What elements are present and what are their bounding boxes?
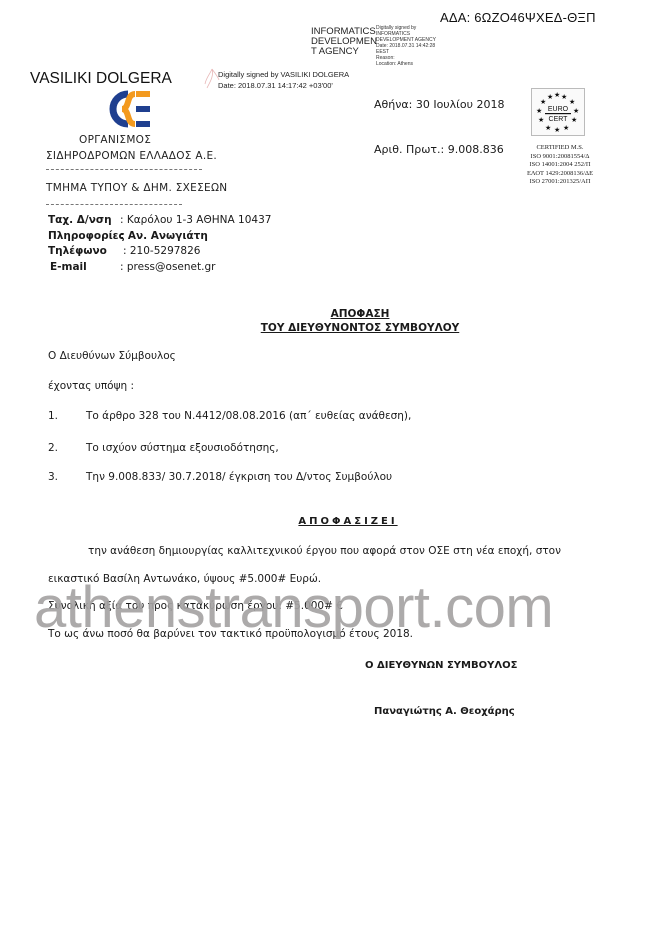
contact-value: : Καρόλου 1-3 ΑΘΗΝΑ 10437 (120, 213, 271, 229)
contact-label: E-mail (48, 260, 120, 276)
svg-text:CERT: CERT (549, 116, 569, 123)
divider (46, 169, 202, 170)
dolgera-signature-details: Digitally signed by VASILIKI DOLGERA Dat… (218, 69, 349, 91)
decides-heading: ΑΠΟΦΑΣΙΖΕΙ (0, 516, 662, 527)
contact-row-phone: Τηλέφωνο : 210-5297826 (48, 244, 271, 260)
contact-label: Τηλέφωνο (48, 244, 120, 260)
informatics-signature-details: Digitally signed by INFORMATICS DEVELOPM… (376, 25, 466, 67)
certification: CERTIFIED M.S. (512, 144, 608, 153)
ose-logo-icon (108, 90, 154, 128)
svg-text:★: ★ (545, 124, 551, 132)
org-name-line2: ΣΙΔΗΡΟΔΡΟΜΩΝ ΕΛΛΑΔΟΣ Α.Ε. (46, 150, 217, 162)
consideration-item: 1. Το άρθρο 328 του Ν.4412/08.08.2016 (α… (48, 410, 411, 422)
title-line: ΤΟΥ ΔΙΕΥΘΥΝΟΝΤΟΣ ΣΥΜΒΟΥΛΟΥ (261, 322, 460, 334)
sig-line: Date: 2018.07.31 14:17:42 +03'00' (218, 80, 349, 91)
certification: ISO 9001:20081554/Δ (512, 153, 608, 162)
having-considered: έχοντας υπόψη : (48, 380, 134, 392)
department-name: ΤΜΗΜΑ ΤΥΠΟΥ & ΔΗΜ. ΣΧΕΣΕΩΝ (46, 182, 227, 194)
watermark: athenstransport.com (34, 578, 553, 638)
eurocert-logo-icon: ★★★ ★★ ★★ ★★ ★★★ EURO CERT (531, 88, 585, 136)
informatics-signer-name: INFORMATICS DEVELOPMEN T AGENCY (311, 27, 373, 57)
certification: ISO 14001:2004 252/Π (512, 161, 608, 170)
divider (46, 204, 182, 205)
contact-row-email: E-mail : press@osenet.gr (48, 260, 271, 276)
contact-row-info: Πληροφορίες : Αν. Ανωγιάτη (48, 229, 271, 245)
certifications-list: CERTIFIED M.S. ISO 9001:20081554/Δ ISO 1… (512, 144, 608, 187)
svg-text:★: ★ (561, 93, 567, 101)
contact-label: Ταχ. Δ/νση (48, 213, 120, 229)
decision-subtitle: ΤΟΥ ΔΙΕΥΘΥΝΟΝΤΟΣ ΣΥΜΒΟΥΛΟΥ (0, 322, 662, 334)
item-number: 1. (48, 410, 86, 422)
consideration-item: 2. Το ισχύον σύστημα εξουσιοδότησης, (48, 442, 279, 454)
svg-text:EURO: EURO (548, 106, 569, 113)
protocol-number: Αριθ. Πρωτ.: 9.008.836 (374, 143, 504, 156)
contact-row-address: Ταχ. Δ/νση : Καρόλου 1-3 ΑΘΗΝΑ 10437 (48, 213, 271, 229)
ada-code: ΑΔΑ: 6ΩΖΟ46ΨΧΕΔ-ΘΞΠ (440, 10, 596, 25)
item-number: 3. (48, 471, 86, 483)
contact-value: : 210-5297826 (123, 244, 200, 260)
svg-text:★: ★ (554, 126, 560, 134)
svg-text:★: ★ (563, 124, 569, 132)
ceo-intro: Ο Διευθύνων Σύμβουλος (48, 350, 176, 362)
document-date: Αθήνα: 30 Ιουλίου 2018 (374, 98, 504, 111)
item-text: Το άρθρο 328 του Ν.4412/08.08.2016 (απ΄ … (86, 410, 411, 422)
consideration-item: 3. Την 9.008.833/ 30.7.2018/ έγκριση του… (48, 471, 392, 483)
item-number: 2. (48, 442, 86, 454)
svg-text:★: ★ (554, 91, 560, 99)
decides-text: ΑΠΟΦΑΣΙΖΕΙ (298, 516, 397, 527)
svg-text:★: ★ (540, 98, 546, 106)
certification: ΕΛΟΤ 1429:2008136/ΔΕ (512, 170, 608, 179)
signatory-name: Παναγιώτης Α. Θεοχάρης (374, 706, 515, 717)
svg-text:★: ★ (571, 116, 577, 124)
contact-block: Ταχ. Δ/νση : Καρόλου 1-3 ΑΘΗΝΑ 10437 Πλη… (48, 213, 271, 275)
certification: ISO 27001:201325/ΑΠ (512, 178, 608, 187)
sig-line: Location: Athens (376, 61, 466, 67)
svg-text:★: ★ (569, 98, 575, 106)
contact-label: Πληροφορίες (48, 229, 120, 245)
signatory-title: Ο ΔΙΕΥΘΥΝΩΝ ΣΥΜΒΟΥΛΟΣ (365, 660, 517, 671)
contact-value: : Αν. Ανωγιάτη (120, 229, 208, 245)
title-line: ΑΠΟΦΑΣΗ (331, 308, 390, 320)
decision-title: ΑΠΟΦΑΣΗ (0, 308, 662, 320)
decision-text-line1: την ανάθεση δημιουργίας καλλιτεχνικού έρ… (88, 545, 561, 557)
svg-text:★: ★ (536, 107, 542, 115)
svg-text:★: ★ (538, 116, 544, 124)
svg-text:★: ★ (547, 93, 553, 101)
item-text: Το ισχύον σύστημα εξουσιοδότησης, (86, 442, 279, 454)
contact-value[interactable]: : press@osenet.gr (120, 260, 215, 276)
item-text: Την 9.008.833/ 30.7.2018/ έγκριση του Δ/… (86, 471, 392, 483)
dolgera-signer-name: VASILIKI DOLGERA (30, 70, 172, 88)
org-name-line1: ΟΡΓΑΝΙΣΜΟΣ (79, 134, 151, 146)
svg-text:★: ★ (573, 107, 579, 115)
sig-line: Digitally signed by VASILIKI DOLGERA (218, 69, 349, 80)
